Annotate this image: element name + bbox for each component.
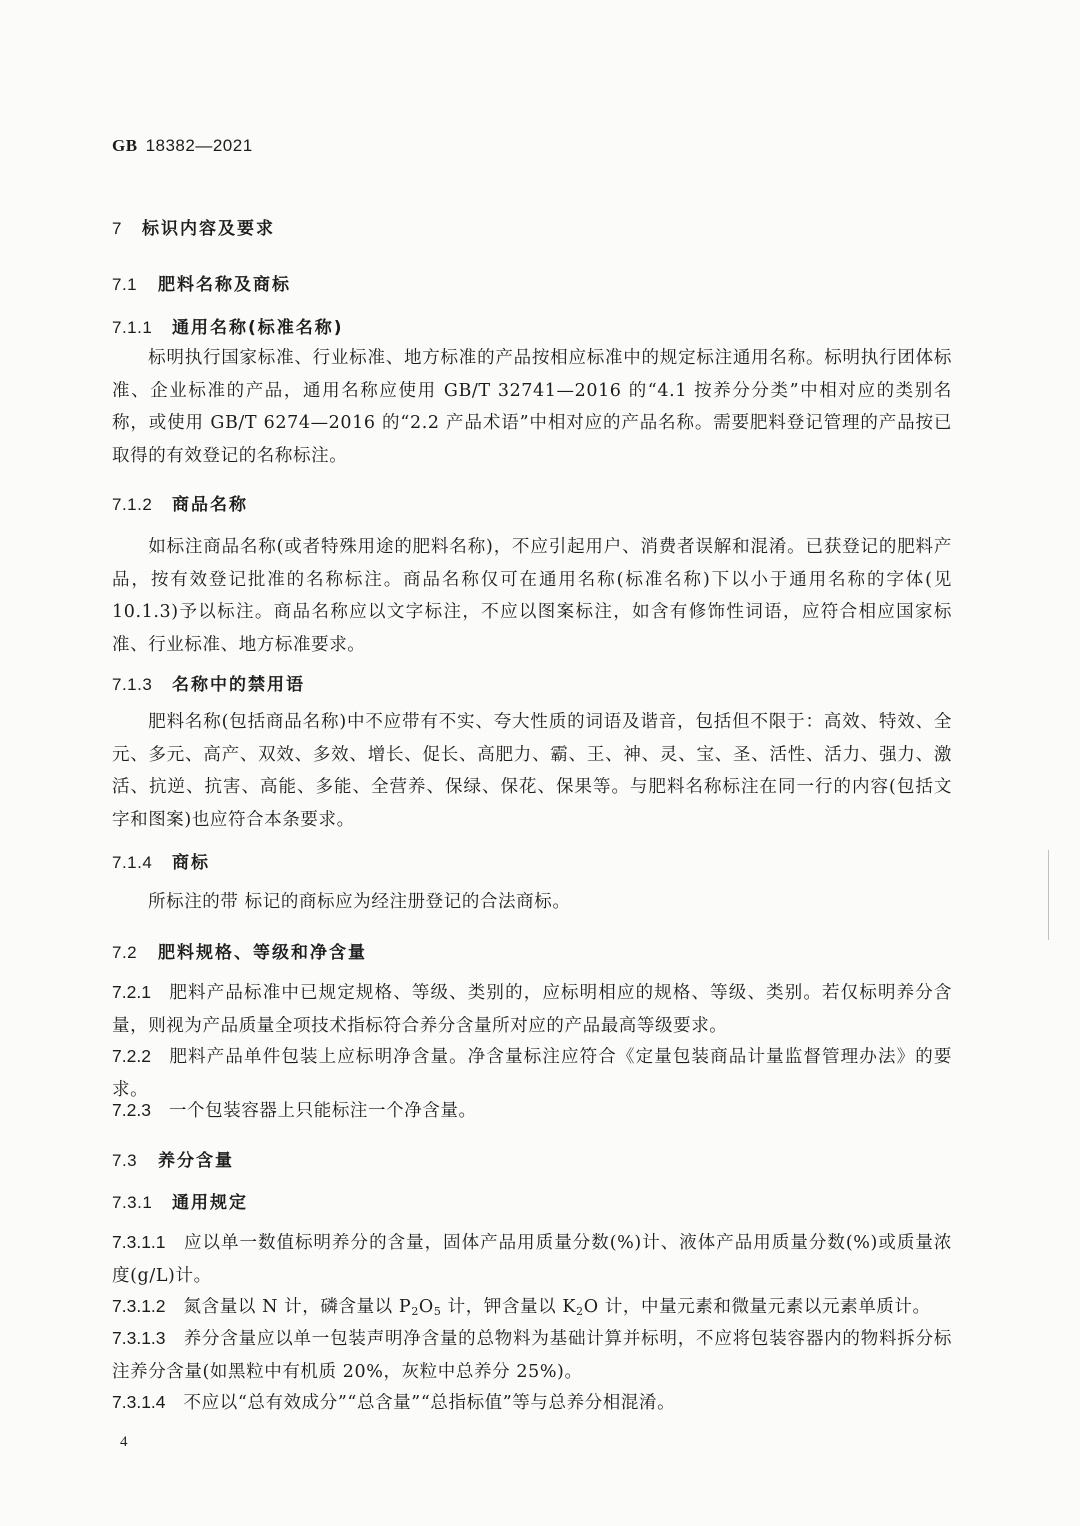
heading-7-3: 7.3养分含量 xyxy=(112,1146,234,1171)
heading-7-1-1: 7.1.1通用名称(标准名称) xyxy=(112,313,344,338)
paragraph-7-1-3: 肥料名称(包括商品名称)中不应带有不实、夸大性质的词语及谐音，包括但不限于：高效… xyxy=(112,706,952,836)
heading-7: 7标识内容及要求 xyxy=(112,214,275,239)
scan-artifact-line xyxy=(1048,850,1049,940)
paragraph-7-1-4: 所标注的带 标记的商标应为经注册登记的合法商标。 xyxy=(112,886,952,919)
clause-7-3-1-3: 7.3.1.3养分含量应以单一包装声明净含量的总物料为基础计算并标明，不应将包装… xyxy=(112,1322,952,1388)
paragraph-7-1-1: 标明执行国家标准、行业标准、地方标准的产品按相应标准中的规定标注通用名称。标明执… xyxy=(112,342,952,472)
heading-7-1: 7.1肥料名称及商标 xyxy=(112,270,291,295)
paragraph-7-1-2: 如标注商品名称(或者特殊用途的肥料名称)，不应引起用户、消费者误解和混淆。已获登… xyxy=(112,531,952,661)
clause-7-3-1-4: 7.3.1.4不应以“总有效成分”“总含量”“总指标值”等与总养分相混淆。 xyxy=(112,1386,952,1420)
clause-7-2-1: 7.2.1肥料产品标准中已规定规格、等级、类别的，应标明相应的规格、等级、类别。… xyxy=(112,976,952,1042)
clause-7-3-1-1: 7.3.1.1应以单一数值标明养分的含量，固体产品用质量分数(%)计、液体产品用… xyxy=(112,1226,952,1292)
document-page: GB18382—2021 7标识内容及要求 7.1肥料名称及商标 7.1.1通用… xyxy=(0,0,1080,1526)
standard-number: 18382—2021 xyxy=(146,136,253,155)
heading-7-3-1: 7.3.1通用规定 xyxy=(112,1188,248,1213)
standard-code: GB18382—2021 xyxy=(112,136,253,156)
standard-prefix: GB xyxy=(112,136,138,155)
heading-7-1-3: 7.1.3名称中的禁用语 xyxy=(112,670,305,695)
clause-7-2-3: 7.2.3一个包装容器上只能标注一个净含量。 xyxy=(112,1094,952,1128)
heading-7-2: 7.2肥料规格、等级和净含量 xyxy=(112,938,367,963)
heading-7-1-2: 7.1.2商品名称 xyxy=(112,490,248,515)
heading-7-1-4: 7.1.4商标 xyxy=(112,848,210,873)
page-number: 4 xyxy=(120,1434,128,1451)
